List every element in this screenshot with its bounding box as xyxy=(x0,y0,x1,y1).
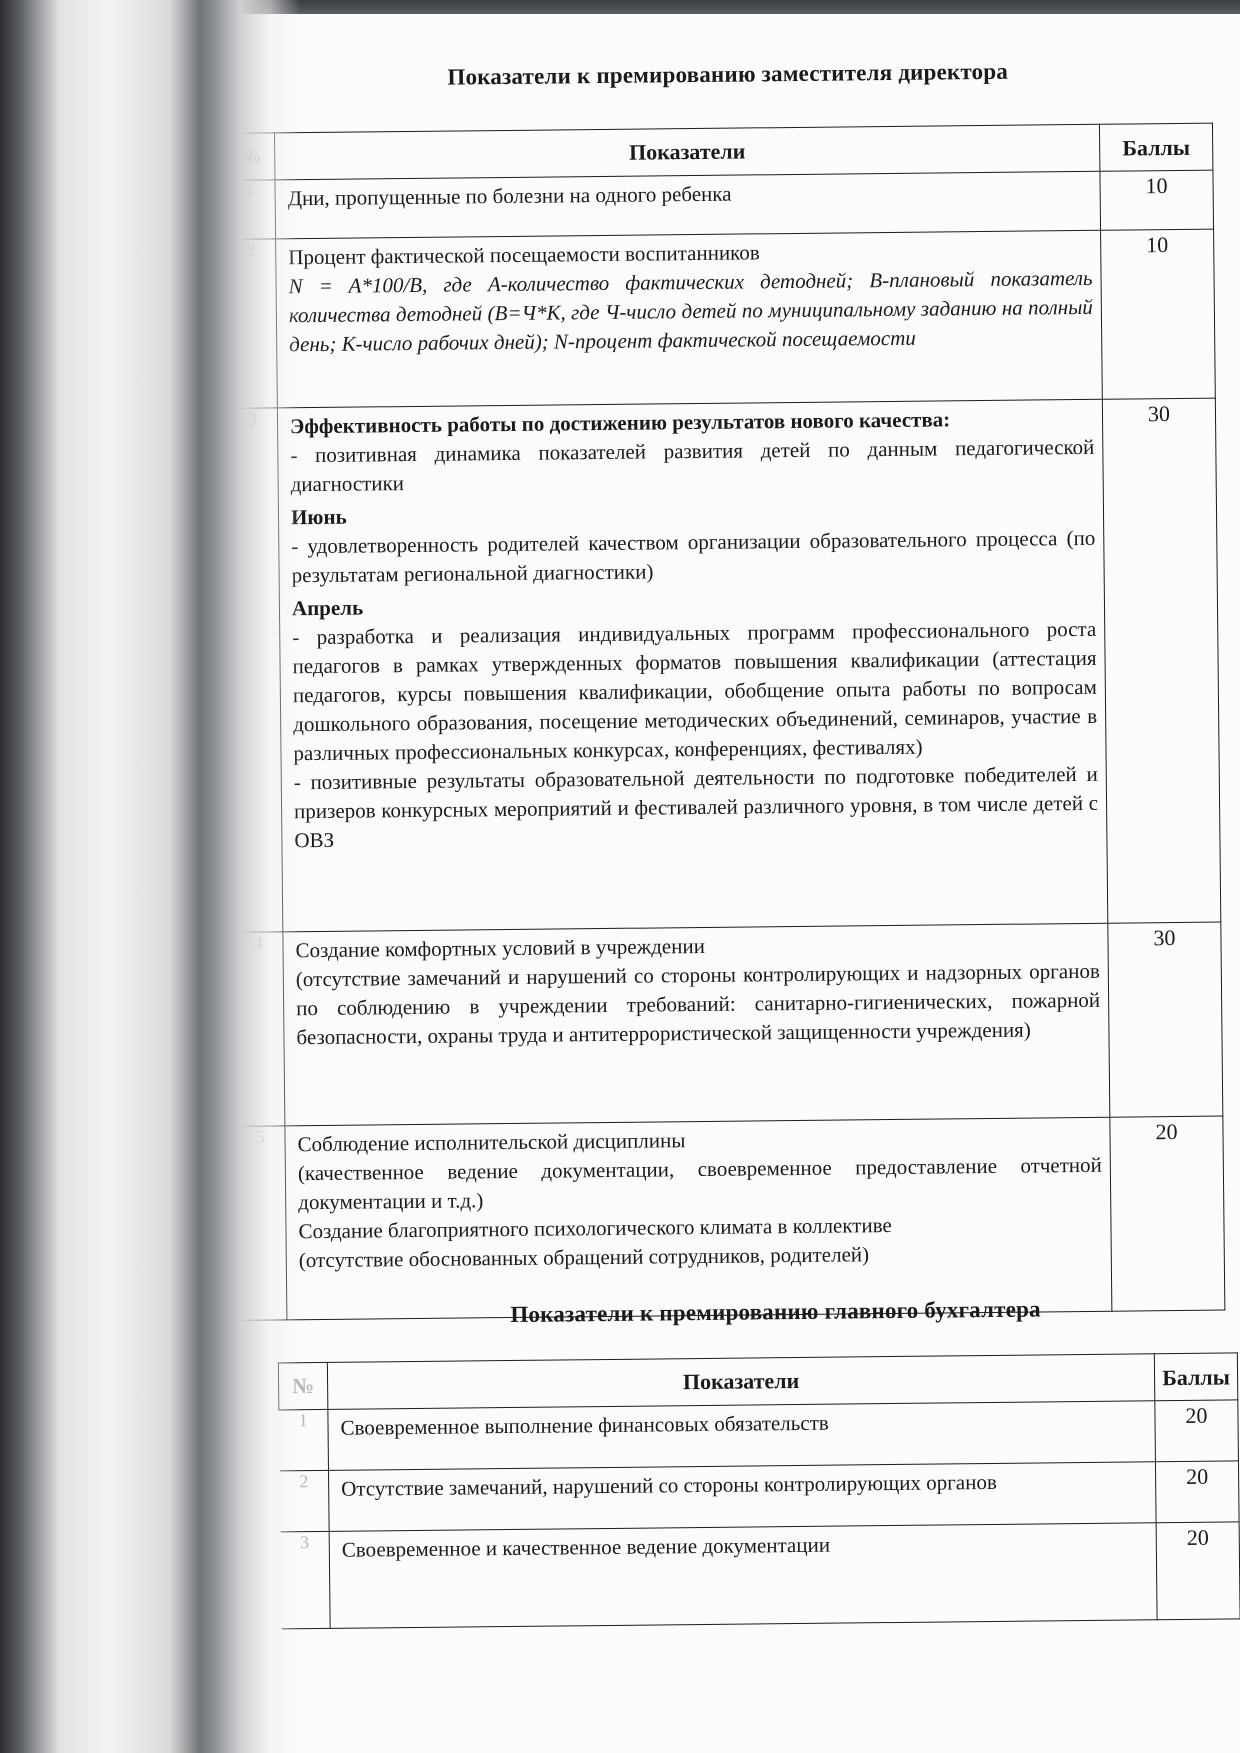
indicator-text: - разработка и реализация индивидуальных… xyxy=(292,615,1097,768)
row-number: 4 xyxy=(234,932,285,1127)
column-header-num: № xyxy=(225,133,274,181)
indicator-text: (качественное ведение документации, свое… xyxy=(298,1151,1103,1217)
indicator-text: (отсутствие замечаний и нарушений со сто… xyxy=(296,957,1101,1052)
row-indicator: Создание комфортных условий в учреждении… xyxy=(283,923,1110,1126)
table-row: 4Создание комфортных условий в учреждени… xyxy=(234,922,1223,1126)
row-points: 20 xyxy=(1156,1522,1240,1620)
chief-accountant-title: Показатели к премированию главного бухга… xyxy=(510,1296,1041,1328)
row-points: 10 xyxy=(1101,229,1216,399)
indicator-text: - позитивная динамика показателей развит… xyxy=(290,433,1095,499)
row-indicator: Своевременное и качественное ведение док… xyxy=(329,1523,1157,1629)
row-points: 20 xyxy=(1110,1116,1225,1311)
row-points: 30 xyxy=(1108,922,1223,1117)
column-header-points: Баллы xyxy=(1099,123,1212,171)
table-row: 3Своевременное и качественное ведение до… xyxy=(280,1522,1240,1629)
row-number: 1 xyxy=(226,180,276,240)
table-row: 1Дни, пропущенные по болезни на одного р… xyxy=(226,170,1214,239)
deputy-director-table: № Показатели Баллы 1Дни, пропущенные по … xyxy=(225,123,1225,1321)
row-indicator: Своевременное выполнение финансовых обяз… xyxy=(328,1401,1156,1471)
row-indicator: Соблюдение исполнительской дисциплины(ка… xyxy=(285,1117,1112,1320)
table-row: 2Отсутствие замечаний, нарушений со стор… xyxy=(280,1461,1240,1532)
indicator-text: Дни, пропущенные по болезни на одного ре… xyxy=(288,176,1092,213)
chief-accountant-table: № Показатели Баллы 1Своевременное выполн… xyxy=(278,1352,1240,1629)
row-number: 3 xyxy=(228,408,282,932)
indicator-text: N = A*100/B, где А-количество фактически… xyxy=(288,264,1093,359)
table-row: 1Своевременное выполнение финансовых обя… xyxy=(279,1400,1239,1471)
row-indicator: Отсутствие замечаний, нарушений со сторо… xyxy=(329,1462,1157,1532)
document-page: Показатели к премированию заместителя ди… xyxy=(0,0,1240,1753)
row-number: 2 xyxy=(280,1470,330,1532)
row-number: 3 xyxy=(280,1531,330,1629)
indicator-text: - позитивные результаты образовательной … xyxy=(294,760,1099,855)
row-points: 10 xyxy=(1100,170,1214,230)
column-header-points: Баллы xyxy=(1154,1353,1237,1401)
row-indicator: Дни, пропущенные по болезни на одного ре… xyxy=(275,171,1101,239)
indicator-text: - удовлетворенность родителей качеством … xyxy=(291,524,1096,590)
table-row: 2Процент фактической посещаемости воспит… xyxy=(227,229,1216,408)
row-number: 1 xyxy=(279,1409,329,1471)
table-row: 3Эффективность работы по достижению резу… xyxy=(228,398,1220,932)
row-indicator: Эффективность работы по достижению резул… xyxy=(277,399,1107,932)
row-points: 20 xyxy=(1155,1461,1239,1523)
column-header-indicator: Показатели xyxy=(274,124,1099,180)
row-indicator: Процент фактической посещаемости воспита… xyxy=(276,230,1103,408)
table-row: 5Соблюдение исполнительской дисциплины(к… xyxy=(236,1116,1225,1320)
column-header-num: № xyxy=(278,1362,327,1410)
row-number: 5 xyxy=(236,1126,287,1321)
row-number: 2 xyxy=(227,239,278,409)
deputy-director-title: Показатели к премированию заместителя ди… xyxy=(447,59,1008,91)
row-points: 30 xyxy=(1102,398,1220,923)
row-points: 20 xyxy=(1155,1400,1239,1462)
